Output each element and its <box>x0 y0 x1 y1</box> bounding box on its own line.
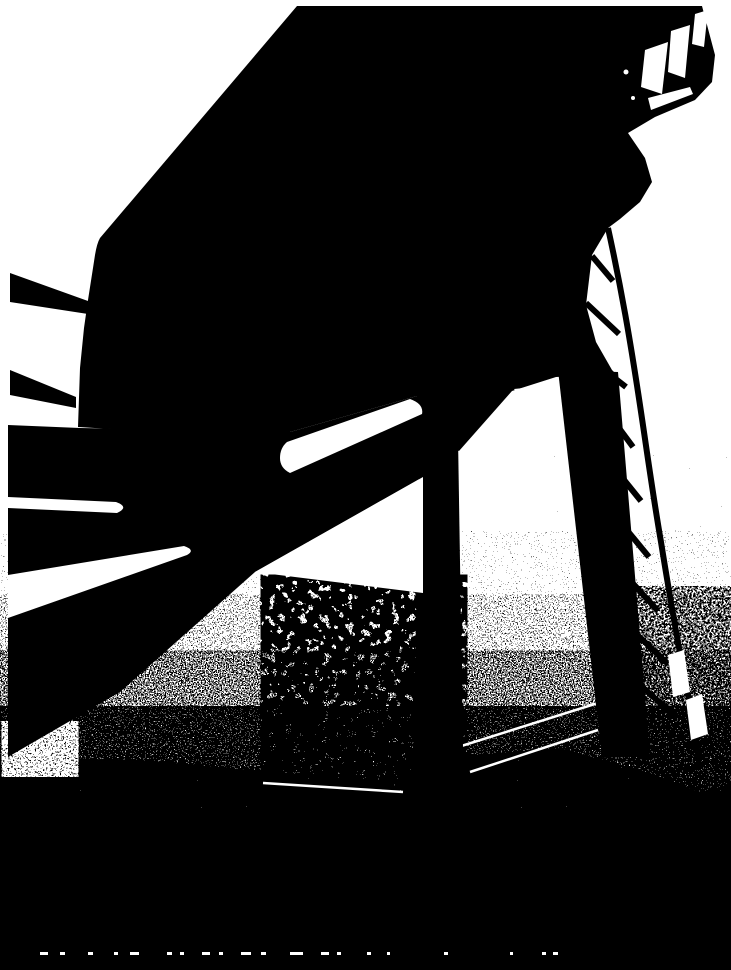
railing-fleck <box>631 96 635 100</box>
photo-canvas: High-contrast black-and-white photograph… <box>0 0 731 970</box>
railing-fleck <box>624 70 629 75</box>
bottom-dash <box>180 952 184 955</box>
bottom-dash <box>219 952 223 955</box>
bottom-dash <box>130 952 139 955</box>
bottom-dash <box>261 952 266 955</box>
bottom-dash <box>542 952 546 955</box>
bottom-dash <box>60 952 65 955</box>
bottom-dash <box>321 952 329 955</box>
bottom-dash <box>367 952 371 955</box>
bottom-dash <box>167 952 172 955</box>
bottom-dash <box>510 952 513 955</box>
bottom-dash <box>553 952 558 955</box>
bottom-dash <box>241 952 251 955</box>
bottom-dash <box>40 952 48 955</box>
bottom-dash <box>387 952 390 955</box>
bottom-dash <box>114 952 118 955</box>
noise-band-white-sparse <box>0 812 731 958</box>
bottom-dash <box>290 952 303 955</box>
bottom-dash <box>202 952 210 955</box>
foreground-speckle <box>0 726 731 958</box>
bottom-dash <box>444 952 448 955</box>
halftone-photograph: High-contrast black-and-white photograph… <box>0 0 731 970</box>
noise-band-white-soft <box>0 754 731 812</box>
bottom-dash <box>337 952 341 955</box>
bottom-dash <box>88 952 93 955</box>
